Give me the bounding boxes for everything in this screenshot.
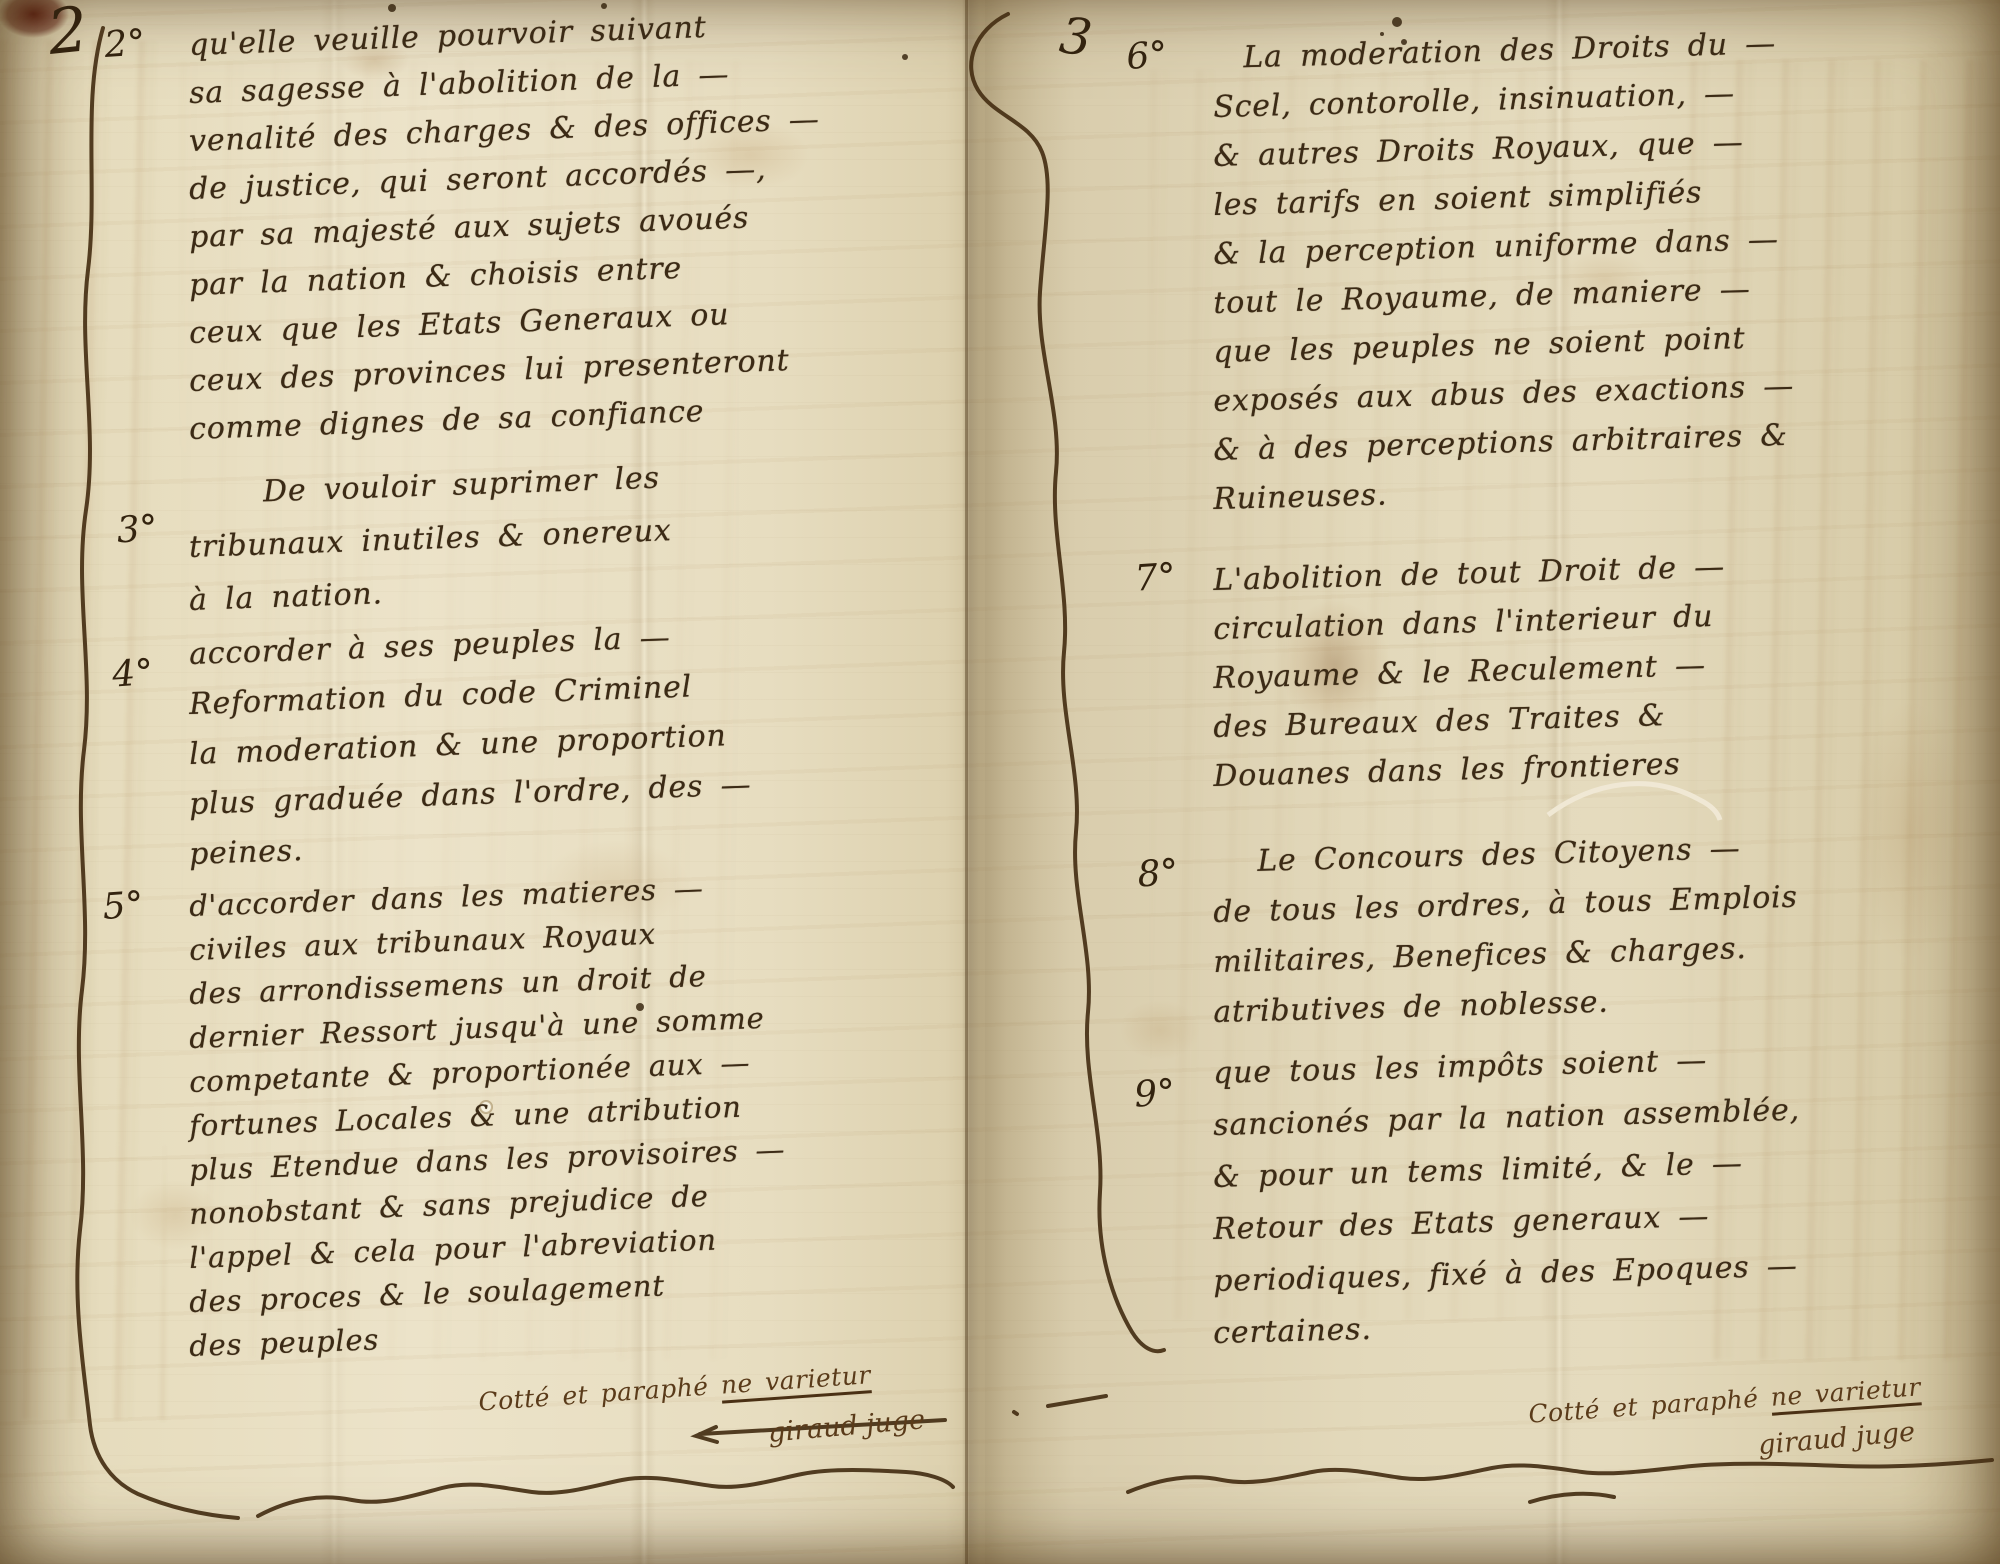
manuscript-item-2: 2°qu'elle veuille pourvoir suivantsa sag… xyxy=(118,22,968,454)
manuscript-item-9: 9°que tous les impôts soient —sancionés … xyxy=(1142,1048,1990,1360)
manuscript-spread: 2 3 2°qu'elle veuille pourvoir suivantsa… xyxy=(0,0,2000,1564)
attestation-left: Cotté et paraphé ne varietur giraud juge xyxy=(478,1372,925,1442)
manuscript-item-5: 5°d'accorder dans les matieres —civiles … xyxy=(118,884,968,1368)
item-number: 3° xyxy=(113,466,196,630)
item-number: 7° xyxy=(1134,554,1223,803)
page-number-left: 2 xyxy=(44,0,91,69)
manuscript-item-8: 8°Le Concours des Citoyens —de tous les … xyxy=(1142,838,1990,1038)
item-number: 9° xyxy=(1131,1046,1225,1362)
manuscript-item-3: 3°De vouloir suprimer lestribunaux inuti… xyxy=(118,468,968,627)
manuscript-item-6: 6°La moderation des Droits du —Scel, con… xyxy=(1142,34,1990,524)
manuscript-item-4: 4°accorder à ses peuples la —Reformation… xyxy=(118,630,968,880)
item-number: 4° xyxy=(109,628,198,882)
attestation-right: Cotté et paraphé ne varietur giraud juge xyxy=(1528,1386,1921,1454)
item-number: 8° xyxy=(1135,836,1221,1041)
manuscript-item-7: 7°L'abolition de tout Droit de —circulat… xyxy=(1142,556,1990,801)
